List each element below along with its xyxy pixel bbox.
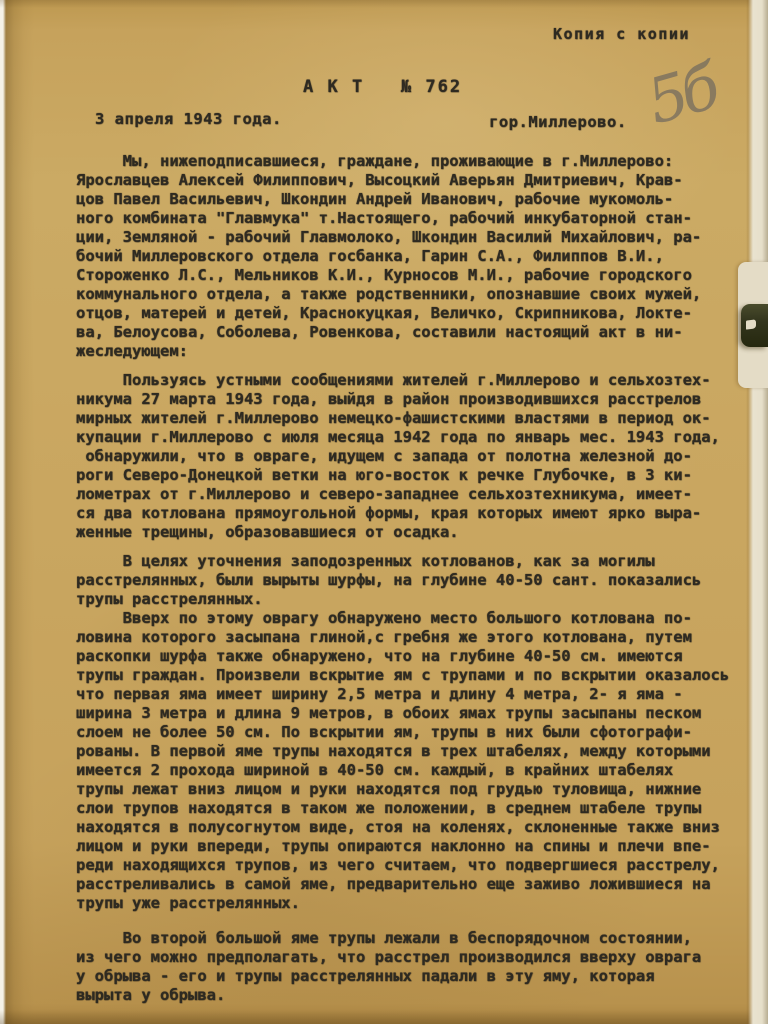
document-body: Мы, нижеподписавшиеся, граждане, прожива… bbox=[76, 152, 746, 1005]
pencil-page-number: 5б bbox=[639, 50, 722, 138]
page-top-shadow bbox=[0, 0, 768, 8]
paragraph-discovery: Пользуясь устными сообщениями жителей г.… bbox=[76, 371, 746, 542]
page-right-edge bbox=[746, 0, 768, 1024]
document-title: А К Т № 762 bbox=[303, 77, 462, 97]
paragraph-second-pit: Во второй большой яме трупы лежали в бес… bbox=[76, 929, 746, 1005]
copy-annotation: Копия с копии bbox=[553, 25, 690, 43]
paragraph-signatories: Мы, нижеподписавшиеся, граждане, прожива… bbox=[76, 152, 746, 361]
document-place: гор.Миллерово. bbox=[489, 113, 627, 131]
paragraph-excavation-details: Вверх по этому оврагу обнаружено место б… bbox=[76, 609, 746, 913]
scanned-document-page: Копия с копии 5б А К Т № 762 3 апреля 19… bbox=[0, 0, 768, 1024]
document-date: 3 апреля 1943 года. bbox=[95, 110, 282, 128]
page-left-fold-edge bbox=[0, 0, 34, 1024]
paragraph-test-pits: В целях уточнения заподозренных котлован… bbox=[76, 552, 746, 609]
page-bottom-shadow bbox=[0, 1010, 768, 1024]
